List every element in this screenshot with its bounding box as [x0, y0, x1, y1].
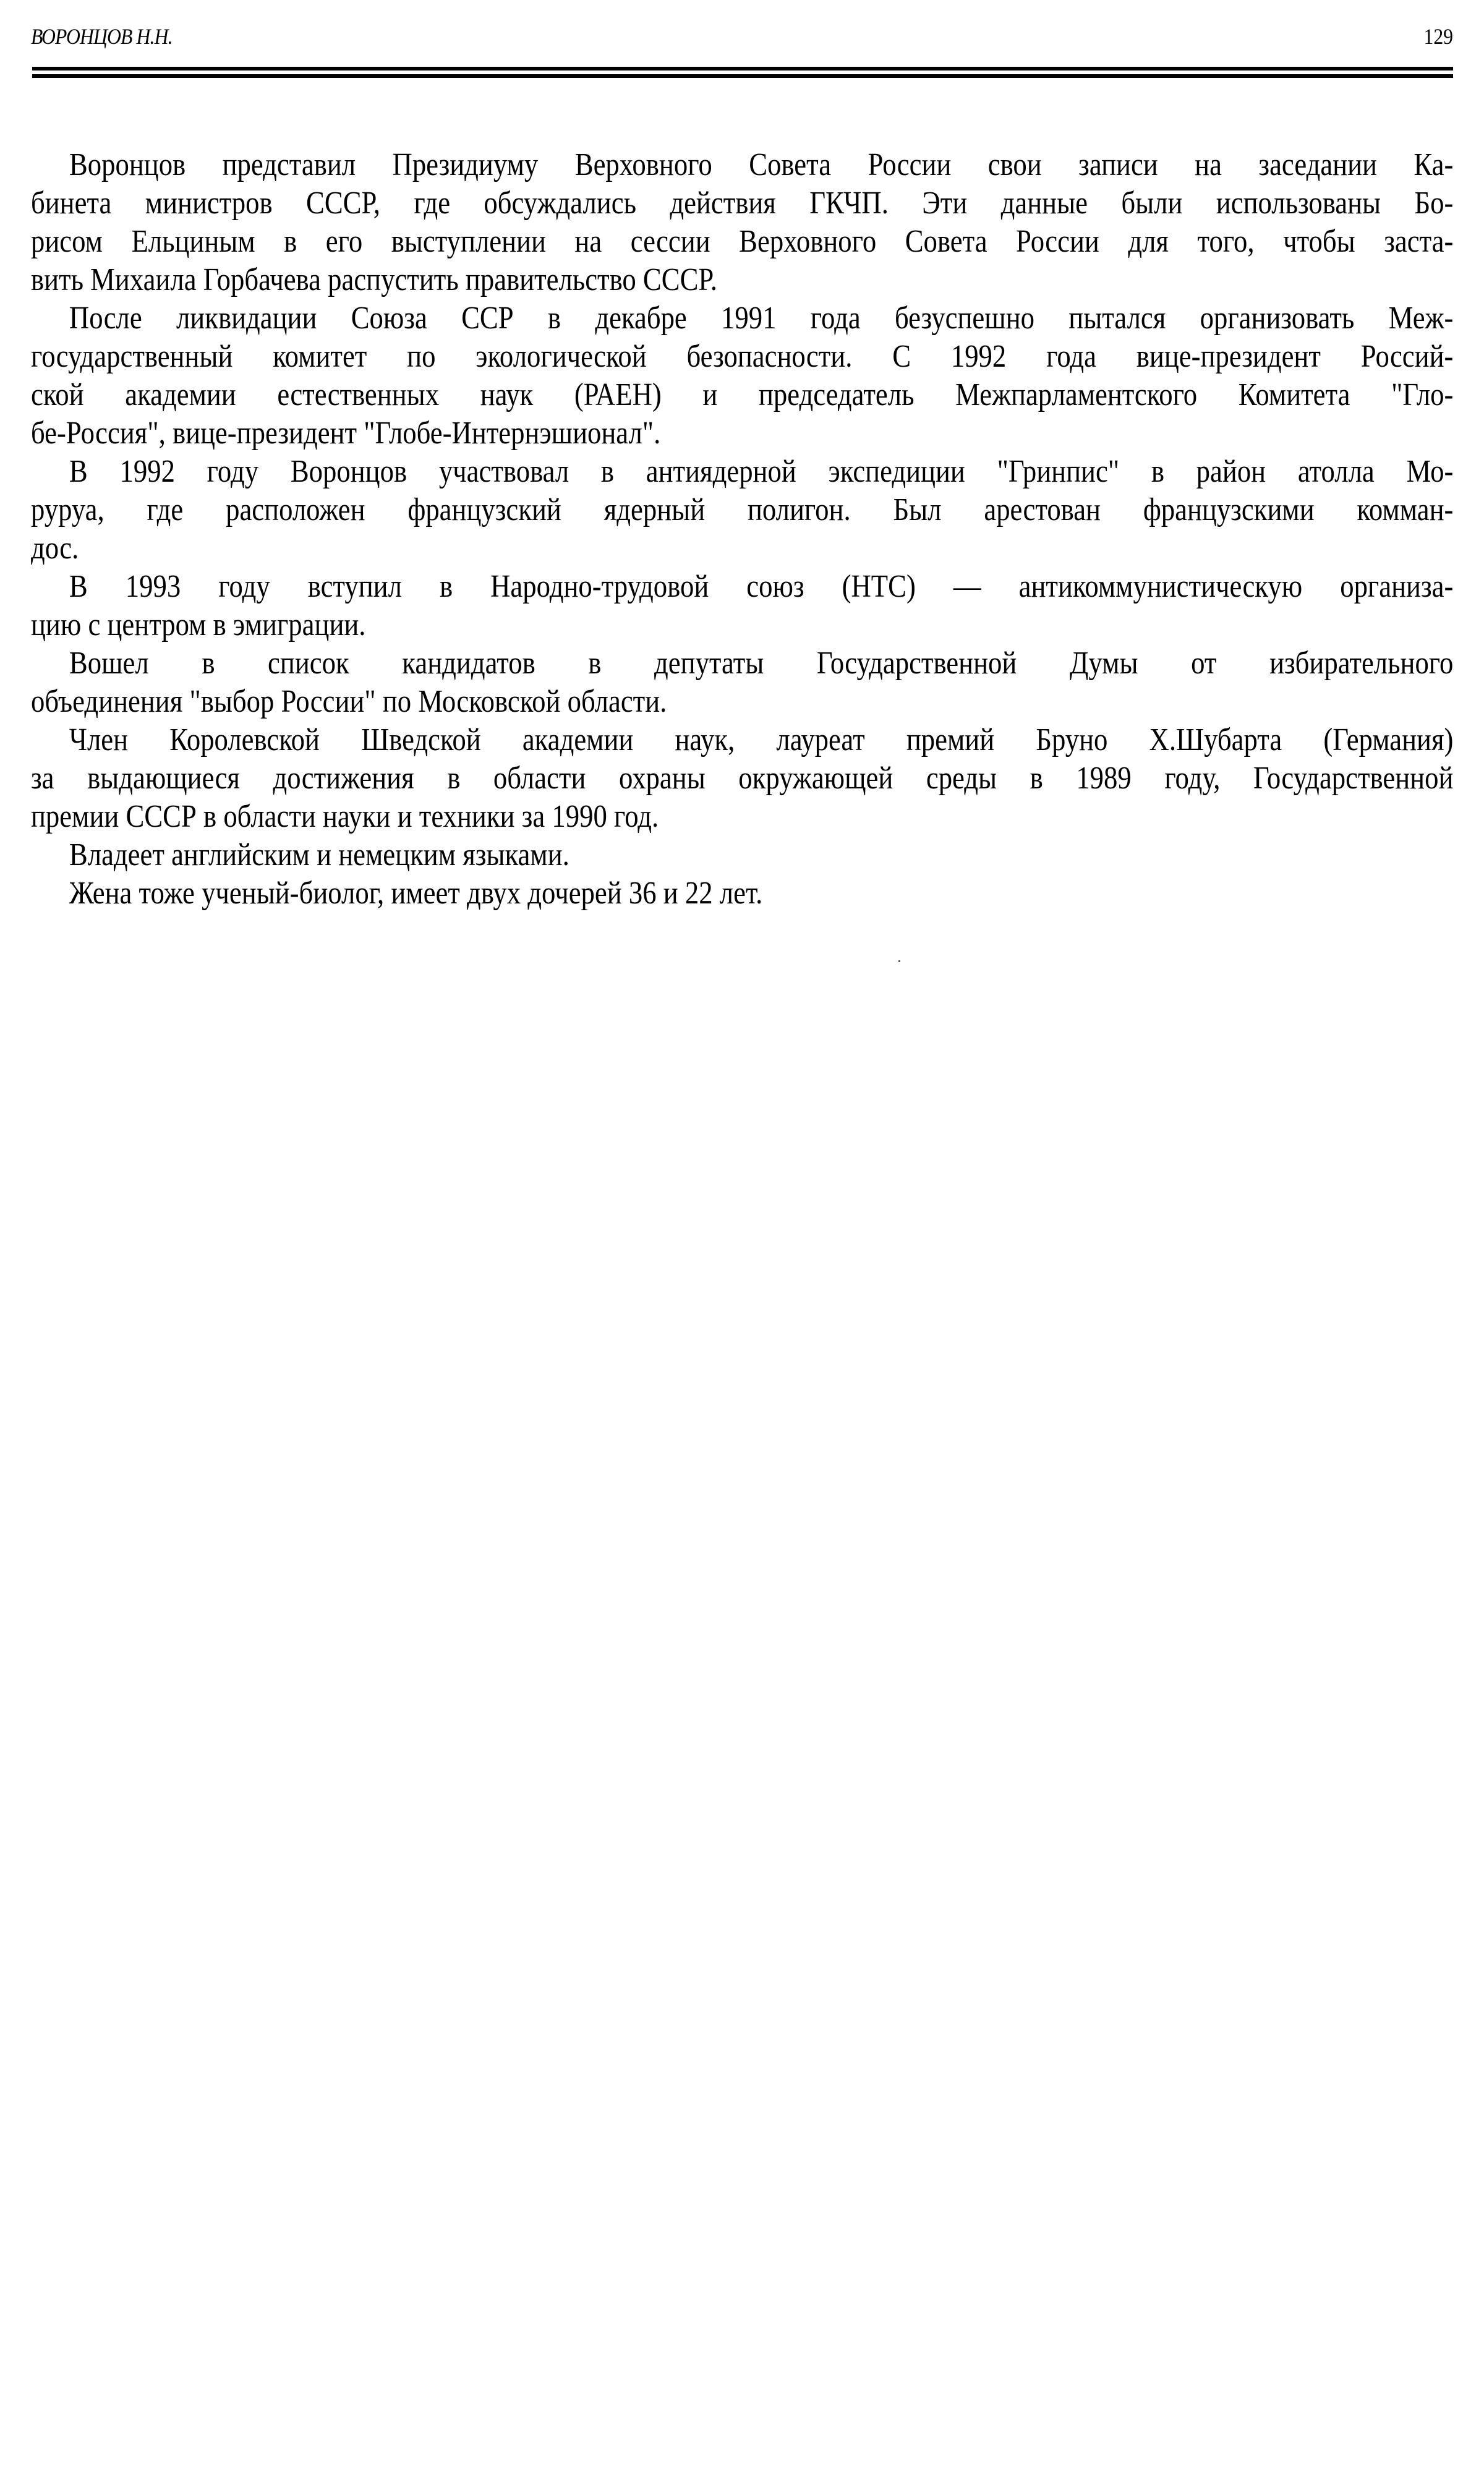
text-line: цию с центром в эмиграции.	[31, 606, 1453, 644]
text-line: объединения "выбор России" по Московской…	[31, 683, 1453, 721]
text-line: рисом Ельциным в его выступлении на сесс…	[31, 223, 1453, 261]
paragraph: В 1993 году вступил в Народно-трудовой с…	[31, 568, 1453, 644]
scan-speck	[898, 960, 900, 962]
paragraph: После ликвидации Союза ССР в декабре 199…	[31, 299, 1453, 453]
text-line: вить Михаила Горбачева распустить правит…	[31, 261, 1453, 299]
text-line: бинета министров СССР, где обсуждались д…	[31, 184, 1453, 223]
text-line: Воронцов представил Президиуму Верховног…	[31, 146, 1453, 184]
text-line: государственный комитет по экологической…	[31, 338, 1453, 376]
text-line: После ликвидации Союза ССР в декабре 199…	[31, 299, 1453, 338]
paragraph: Жена тоже ученый-биолог, имеет двух доче…	[31, 874, 1453, 913]
text-line: Владеет английским и немецким языками.	[31, 836, 1453, 874]
header-rule-top	[32, 67, 1453, 70]
text-line: В 1993 году вступил в Народно-трудовой с…	[31, 568, 1453, 606]
text-line: бе-Россия", вице-президент "Глобе-Интерн…	[31, 414, 1453, 453]
text-line: руруа, где расположен французский ядерны…	[31, 491, 1453, 529]
page-header: ВОРОНЦОВ Н.Н. 129	[31, 23, 1453, 54]
paragraph: Вошел в список кандидатов в депутаты Гос…	[31, 644, 1453, 721]
text-line: дос.	[31, 529, 1453, 568]
text-line: ской академии естественных наук (РАЕН) и…	[31, 376, 1453, 414]
text-line: премии СССР в области науки и техники за…	[31, 798, 1453, 836]
body-text: Воронцов представил Президиуму Верховног…	[31, 146, 1453, 913]
text-line: В 1992 году Воронцов участвовал в антияд…	[31, 453, 1453, 491]
paragraph: Воронцов представил Президиуму Верховног…	[31, 146, 1453, 299]
page-number: 129	[1423, 23, 1453, 49]
running-head: ВОРОНЦОВ Н.Н.	[31, 23, 173, 49]
text-line: Жена тоже ученый-биолог, имеет двух доче…	[31, 874, 1453, 913]
paragraph: В 1992 году Воронцов участвовал в антияд…	[31, 453, 1453, 568]
text-line: Вошел в список кандидатов в депутаты Гос…	[31, 644, 1453, 683]
text-line: Член Королевской Шведской академии наук,…	[31, 721, 1453, 759]
header-rule-bottom	[32, 74, 1453, 78]
text-line: за выдающиеся достижения в области охран…	[31, 759, 1453, 798]
paragraph: Владеет английским и немецким языками.	[31, 836, 1453, 874]
paragraph: Член Королевской Шведской академии наук,…	[31, 721, 1453, 836]
